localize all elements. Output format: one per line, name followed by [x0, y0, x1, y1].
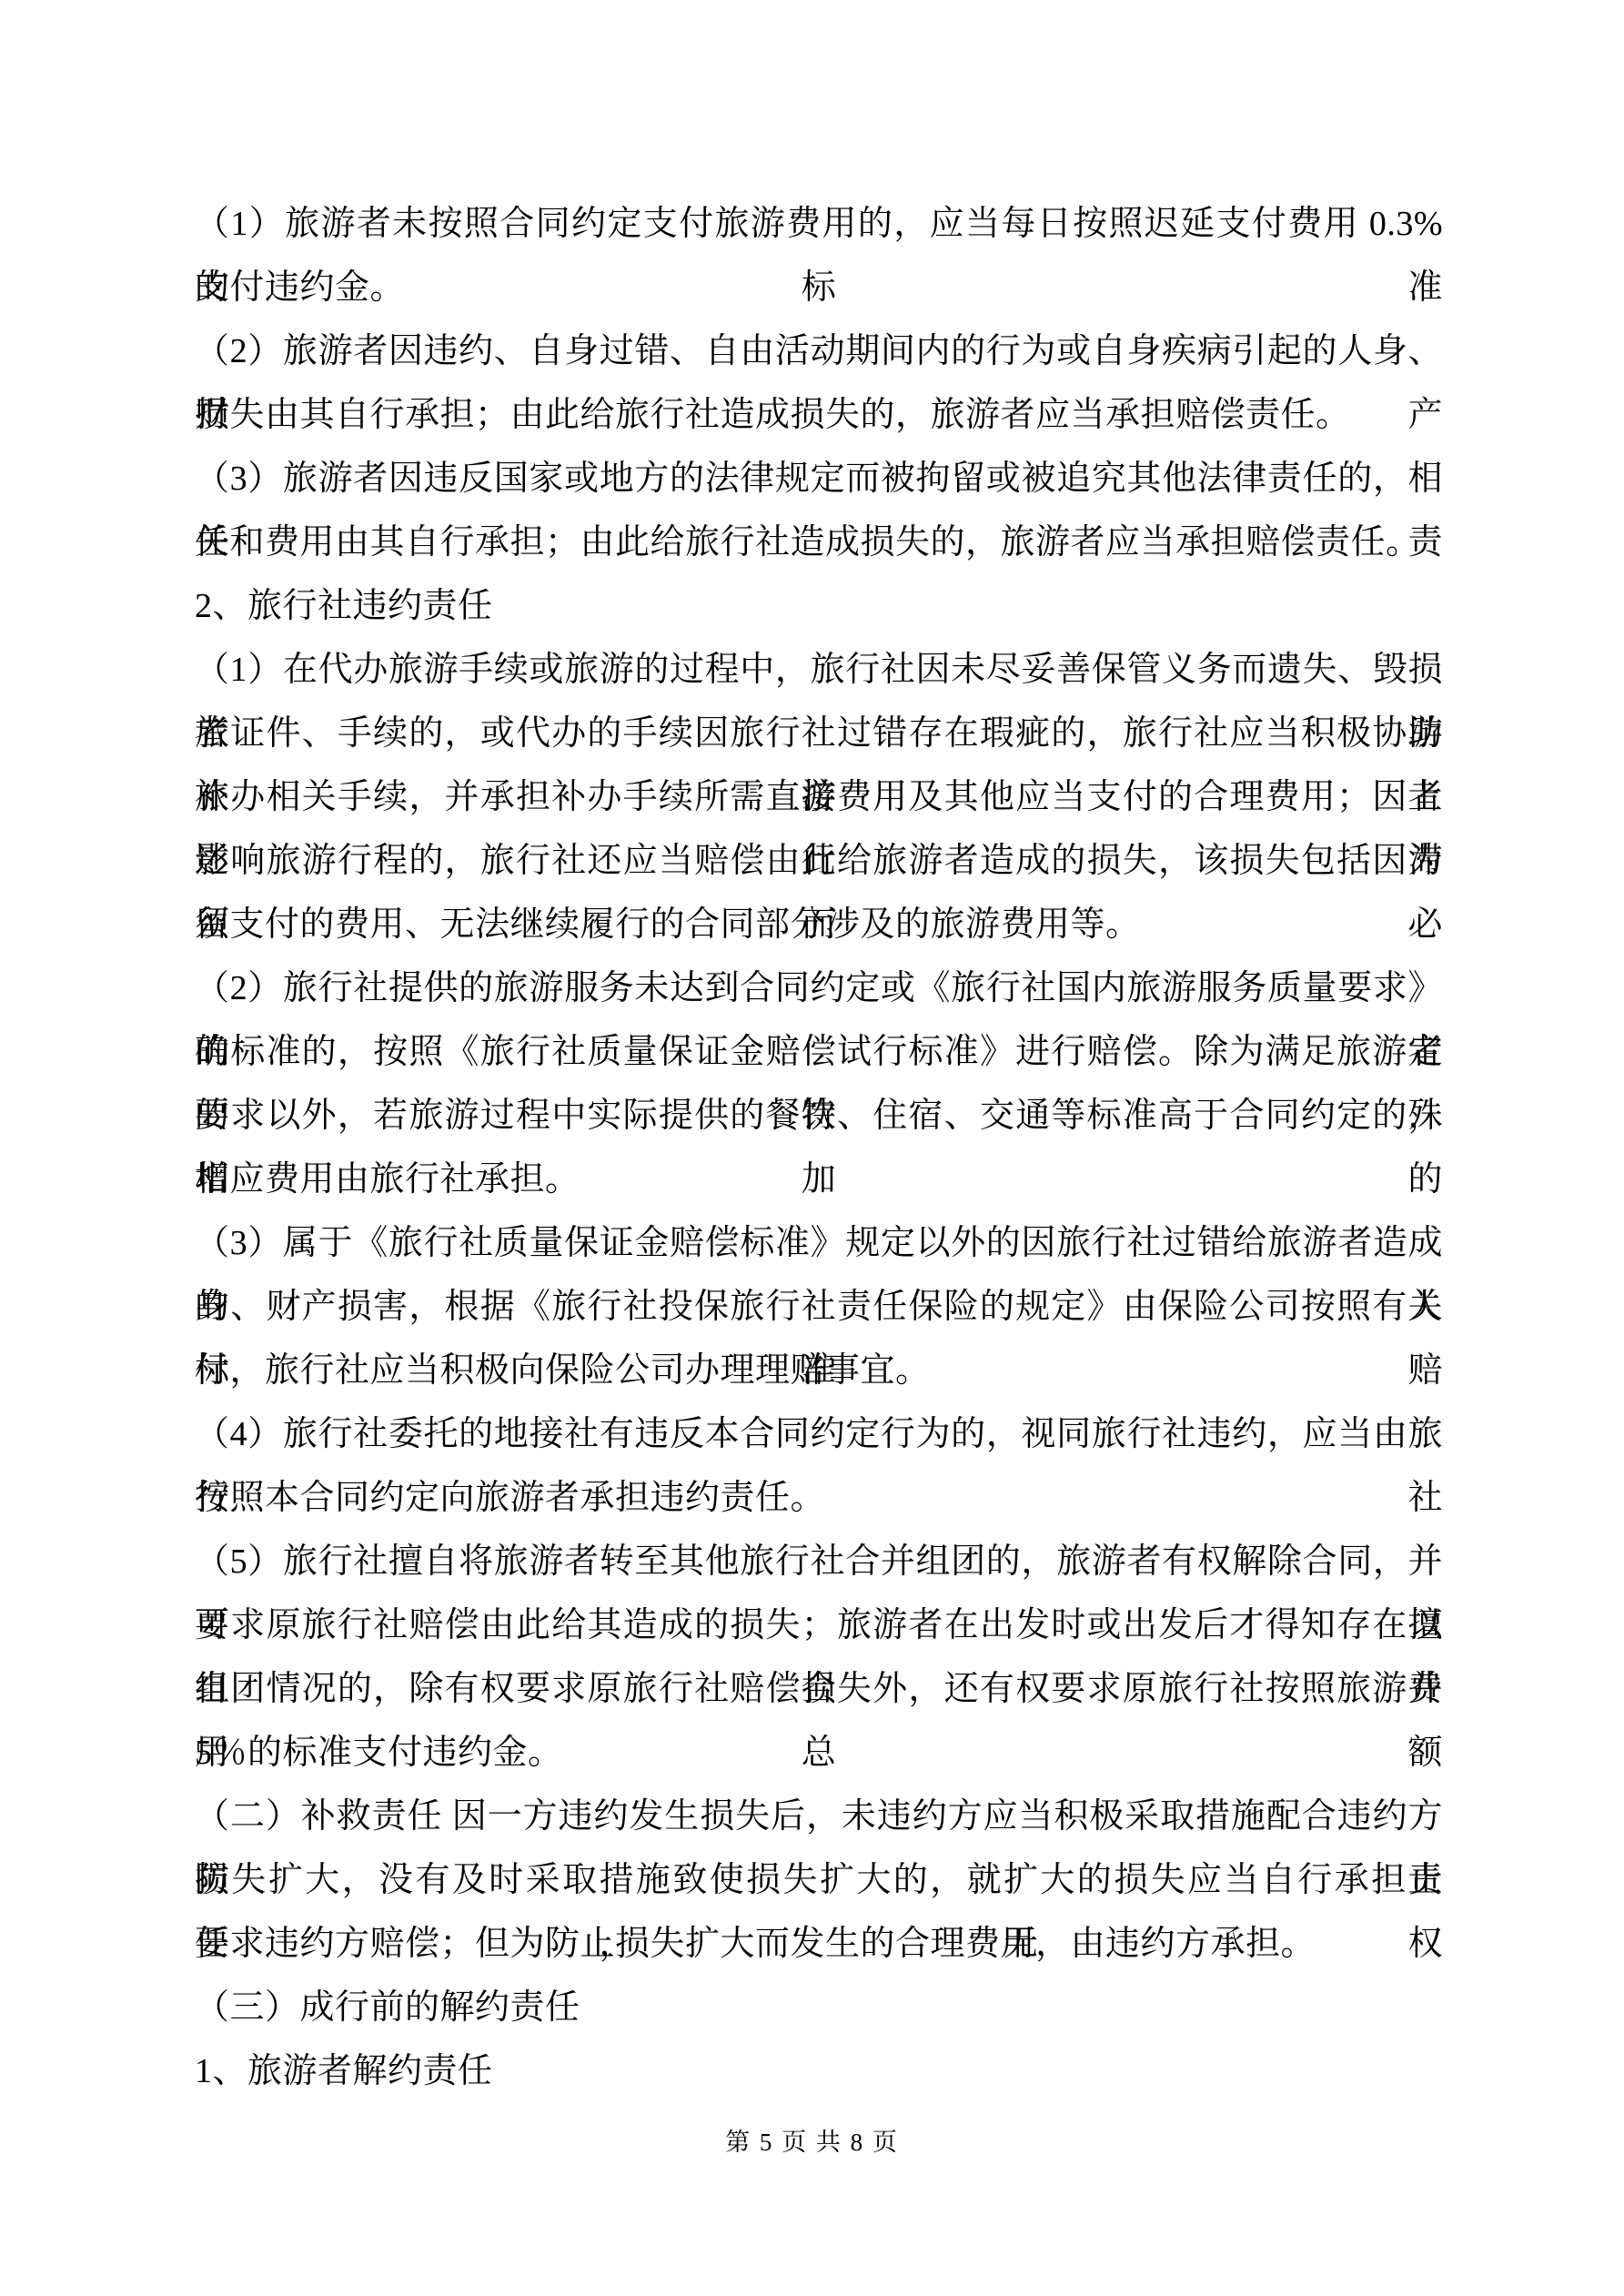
text-line: 损失扩大，没有及时采取措施致使损失扩大的，就扩大的损失应当自行承担责任，无权 [195, 1848, 1443, 1912]
text-line: （2）旅游者因违约、自身过错、自由活动期间内的行为或自身疾病引起的人身、财产 [195, 319, 1443, 383]
text-line: （2）旅行社提供的旅游服务未达到合同约定或《旅行社国内旅游服务质量要求》确定 [195, 956, 1443, 1020]
page-number-footer: 第 5 页 共 8 页 [0, 2120, 1624, 2164]
text-line: （5）旅行社擅自将旅游者转至其他旅行社合并组团的，旅游者有权解除合同，并可以 [195, 1530, 1443, 1593]
text-line: 影响旅游行程的，旅行社还应当赔偿由此给旅游者造成的损失，该损失包括因滞留而必 [195, 829, 1443, 893]
text-line: 损失由其自行承担；由此给旅行社造成损失的，旅游者应当承担赔偿责任。 [195, 383, 1443, 447]
text-line: 要求原旅行社赔偿由此给其造成的损失；旅游者在出发时或出发后才得知存在擅自合并 [195, 1593, 1443, 1657]
text-line: 任和费用由其自行承担；由此给旅行社造成损失的，旅游者应当承担赔偿责任。 [195, 511, 1443, 574]
text-line: （3）属于《旅行社质量保证金赔偿标准》规定以外的因旅行社过错给旅游者造成的人 [195, 1211, 1443, 1275]
document-page: （1）旅游者未按照合同约定支付旅游费用的，应当每日按照迟延支付费用 0.3%的标… [0, 0, 1624, 2296]
text-line: （二）补救责任 因一方违约发生损失后，未违约方应当积极采取措施配合违约方防止 [195, 1785, 1443, 1848]
text-line: 补办相关手续，并承担补办手续所需直接费用及其他应当支付的合理费用；因上述行为 [195, 765, 1443, 829]
text-line: （1）旅游者未按照合同约定支付旅游费用的，应当每日按照迟延支付费用 0.3%的标… [195, 192, 1443, 256]
section-heading: （三）成行前的解约责任 [195, 1976, 1443, 2039]
text-line: 的标准的，按照《旅行社质量保证金赔偿试行标准》进行赔偿。除为满足旅游者的特殊 [195, 1020, 1443, 1084]
text-line: （4）旅行社委托的地接社有违反本合同约定行为的，视同旅行社违约，应当由旅行社 [195, 1402, 1443, 1466]
document-body: （1）旅游者未按照合同约定支付旅游费用的，应当每日按照迟延支付费用 0.3%的标… [195, 192, 1443, 2103]
section-heading: 2、旅行社违约责任 [195, 574, 1443, 638]
text-line: 身、财产损害，根据《旅行社投保旅行社责任保险的规定》由保险公司按照有关标准赔 [195, 1275, 1443, 1339]
text-line: （1）在代办旅游手续或旅游的过程中，旅行社因未尽妥善保管义务而遗失、毁损旅游 [195, 638, 1443, 702]
text-line: （3）旅游者因违反国家或地方的法律规定而被拘留或被追究其他法律责任的，相关责 [195, 447, 1443, 511]
text-line: 组团情况的，除有权要求原旅行社赔偿损失外，还有权要求原旅行社按照旅游费用总额 [195, 1657, 1443, 1721]
text-line: 要求以外，若旅游过程中实际提供的餐饮、住宿、交通等标准高于合同约定的，增加的 [195, 1084, 1443, 1148]
text-line: 者证件、手续的，或代办的手续因旅行社过错存在瑕疵的，旅行社应当积极协助旅游者 [195, 702, 1443, 765]
section-heading: 1、旅游者解约责任 [195, 2039, 1443, 2103]
text-line: 要求违约方赔偿；但为防止损失扩大而发生的合理费用，由违约方承担。 [195, 1912, 1443, 1976]
